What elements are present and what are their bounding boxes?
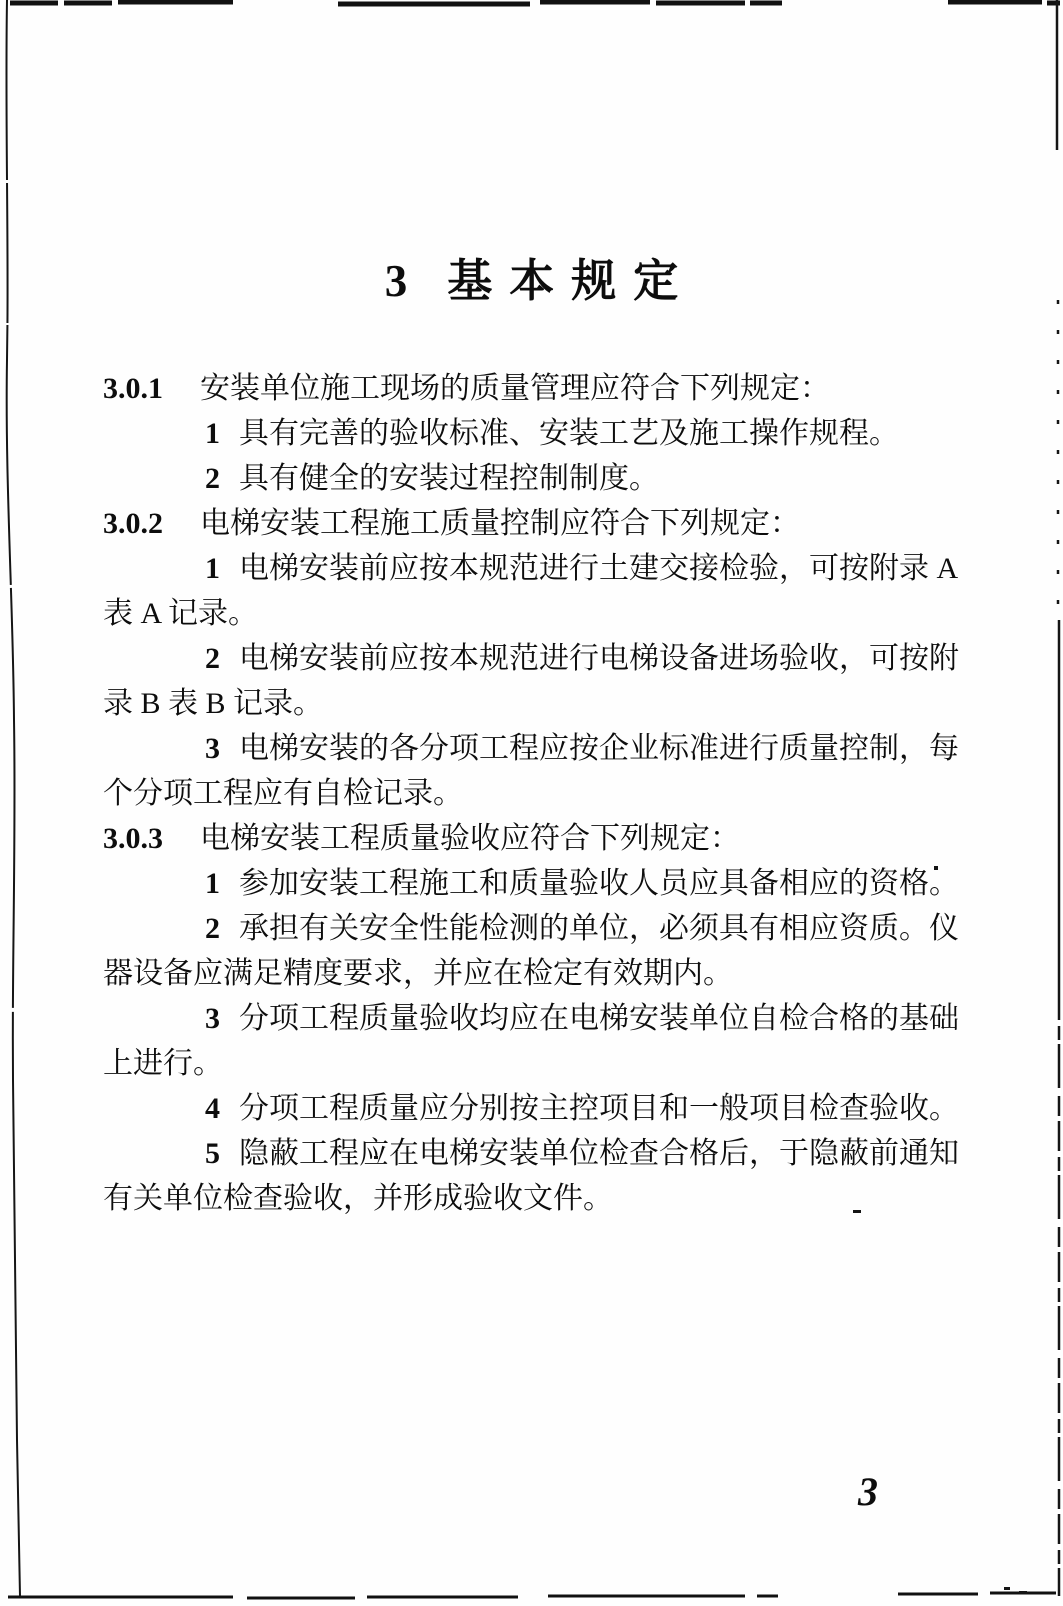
right-edge-line	[1057, 0, 1059, 1596]
section-clause-line: 3.0.1安装单位施工现场的质量管理应符合下列规定：	[103, 366, 965, 411]
clause-number: 5	[205, 1131, 239, 1176]
scan-speck	[1004, 1587, 1010, 1590]
item-clause-line: 1参加安装工程施工和质量验收人员应具备相应的资格。	[103, 861, 965, 906]
clause-text: 隐蔽工程应在电梯安装单位检查合格后，于隐蔽前通知	[239, 1137, 959, 1170]
chapter-heading: 3 基本规定	[0, 244, 1063, 309]
clause-text: 有关单位检查验收，并形成验收文件。	[103, 1182, 613, 1215]
clause-text: 电梯安装工程质量验收应符合下列规定：	[200, 822, 740, 855]
continuation-line: 个分项工程应有自检记录。	[103, 771, 965, 816]
continuation-line: 录 B 表 B 记录。	[103, 681, 965, 726]
clause-number: 2	[205, 636, 239, 681]
page-number: 3	[858, 1468, 878, 1515]
clause-text: 承担有关安全性能检测的单位，必须具有相应资质。仪	[239, 912, 959, 945]
clause-number: 3	[205, 726, 239, 771]
item-clause-line: 2具有健全的安装过程控制制度。	[103, 456, 965, 501]
item-clause-line: 5隐蔽工程应在电梯安装单位检查合格后，于隐蔽前通知	[103, 1131, 965, 1176]
clause-text: 器设备应满足精度要求，并应在检定有效期内。	[103, 957, 733, 990]
clause-text: 上进行。	[103, 1047, 223, 1080]
clause-text: 安装单位施工现场的质量管理应符合下列规定：	[200, 372, 830, 405]
item-clause-line: 3分项工程质量验收均应在电梯安装单位自检合格的基础	[103, 996, 965, 1041]
item-clause-line: 2电梯安装前应按本规范进行电梯设备进场验收，可按附	[103, 636, 965, 681]
section-clause-line: 3.0.2电梯安装工程施工质量控制应符合下列规定：	[103, 501, 965, 546]
left-edge-line	[6, 0, 20, 1596]
item-clause-line: 2承担有关安全性能检测的单位，必须具有相应资质。仪	[103, 906, 965, 951]
item-clause-line: 3电梯安装的各分项工程应按企业标准进行质量控制，每	[103, 726, 965, 771]
item-clause-line: 1具有完善的验收标准、安装工艺及施工操作规程。	[103, 411, 965, 456]
clause-number: 1	[205, 861, 239, 906]
clause-text: 电梯安装的各分项工程应按企业标准进行质量控制，每	[239, 732, 959, 765]
clause-text: 具有健全的安装过程控制制度。	[239, 462, 659, 495]
clause-text: 表 A 记录。	[103, 597, 258, 630]
clause-text: 个分项工程应有自检记录。	[103, 777, 463, 810]
clause-text: 电梯安装前应按本规范进行土建交接检验，可按附录 A	[239, 552, 958, 585]
clause-number: 4	[205, 1086, 239, 1131]
clause-text: 电梯安装工程施工质量控制应符合下列规定：	[200, 507, 800, 540]
scan-speck	[1019, 1591, 1027, 1594]
clause-number: 2	[205, 456, 239, 501]
continuation-line: 表 A 记录。	[103, 591, 965, 636]
clause-text: 录 B 表 B 记录。	[103, 687, 323, 720]
clause-text: 分项工程质量应分别按主控项目和一般项目检查验收。	[239, 1092, 959, 1125]
clause-text: 具有完善的验收标准、安装工艺及施工操作规程。	[239, 417, 899, 450]
top-edge-line	[10, 2, 1060, 4]
clause-number: 3.0.1	[103, 366, 200, 411]
continuation-line: 有关单位检查验收，并形成验收文件。	[103, 1176, 965, 1221]
scan-speck	[853, 1210, 861, 1213]
section-clause-line: 3.0.3电梯安装工程质量验收应符合下列规定：	[103, 816, 965, 861]
clause-body-text: 3.0.1安装单位施工现场的质量管理应符合下列规定：1具有完善的验收标准、安装工…	[103, 366, 965, 1221]
chapter-number: 3	[385, 255, 408, 307]
scan-speck	[934, 866, 938, 870]
chapter-title-text: 基本规定	[447, 244, 695, 309]
item-clause-line: 1电梯安装前应按本规范进行土建交接检验，可按附录 A	[103, 546, 965, 591]
item-clause-line: 4分项工程质量应分别按主控项目和一般项目检查验收。	[103, 1086, 965, 1131]
clause-text: 分项工程质量验收均应在电梯安装单位自检合格的基础	[239, 1002, 959, 1035]
bottom-edge-line	[8, 1593, 1056, 1598]
scan-speck	[374, 1156, 378, 1159]
clause-number: 3	[205, 996, 239, 1041]
clause-number: 1	[205, 411, 239, 456]
clause-text: 电梯安装前应按本规范进行电梯设备进场验收，可按附	[239, 642, 959, 675]
clause-text: 参加安装工程施工和质量验收人员应具备相应的资格。	[239, 867, 959, 900]
clause-number: 2	[205, 906, 239, 951]
continuation-line: 器设备应满足精度要求，并应在检定有效期内。	[103, 951, 965, 996]
continuation-line: 上进行。	[103, 1041, 965, 1086]
clause-number: 1	[205, 546, 239, 591]
clause-number: 3.0.2	[103, 501, 200, 546]
clause-number: 3.0.3	[103, 816, 200, 861]
scanned-document-page: 3 基本规定 3.0.1安装单位施工现场的质量管理应符合下列规定：1具有完善的验…	[0, 0, 1063, 1606]
